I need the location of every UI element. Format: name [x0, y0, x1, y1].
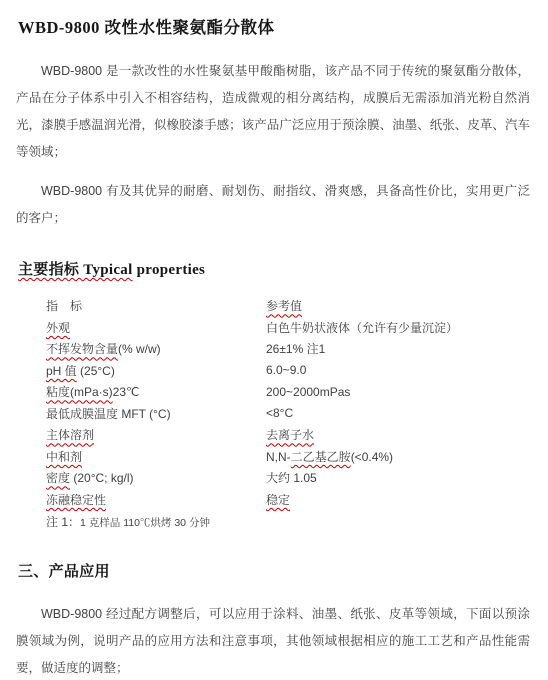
- squiggle-marked-text: 外观: [46, 321, 70, 335]
- squiggle-marked-text: 不挥发物含量: [46, 342, 118, 356]
- plain-text: 23℃: [113, 385, 140, 399]
- squiggle-marked-text: 二乙基乙胺: [291, 450, 351, 464]
- column-header-value: 参考值: [266, 295, 458, 317]
- squiggle-marked-text: 主体溶剂: [46, 428, 94, 442]
- table-row: 中和剂N,N-二乙基乙胺(<0.4%): [46, 446, 458, 468]
- table-row: 粘度(mPa·s)23℃200~2000mPas: [46, 381, 458, 403]
- table-row: 外观白色牛奶状液体（允许有少量沉淀）: [46, 317, 458, 339]
- plain-text: N,N-: [266, 450, 291, 464]
- application-paragraph: WBD-9800 经过配方调整后，可以应用于涂料、油墨、纸张、皮革等领域，下面以…: [16, 601, 530, 680]
- table-row: 主体溶剂去离子水: [46, 424, 458, 446]
- row-label: pH 值 (25°C): [46, 360, 266, 382]
- row-label: 主体溶剂: [46, 424, 266, 446]
- row-label: 最低成膜温度 MFT (°C): [46, 403, 266, 425]
- plain-text: (20°C; kg/l): [70, 471, 133, 485]
- properties-table: 指 标 参考值 外观白色牛奶状液体（允许有少量沉淀）不挥发物含量(% w/w)2…: [46, 295, 458, 510]
- table-row: 最低成膜温度 MFT (°C)<8°C: [46, 403, 458, 425]
- row-label: 冻融稳定性: [46, 489, 266, 511]
- typical-properties-heading: 主要指标 Typical properties: [18, 258, 530, 279]
- table-note: 注 1：1 克样品 110℃烘烤 30 分钟: [46, 513, 530, 530]
- plain-text: (25°C): [77, 364, 115, 378]
- plain-text: 大约 1.05: [266, 471, 317, 485]
- column-header-value-text: 参考值: [266, 299, 302, 313]
- table-row: pH 值 (25°C)6.0~9.0: [46, 360, 458, 382]
- plain-text: 200~2000mPas: [266, 385, 350, 399]
- properties-table-rows: 指 标 参考值 外观白色牛奶状液体（允许有少量沉淀）不挥发物含量(% w/w)2…: [46, 295, 458, 510]
- table-note-text: 1 克样品 110℃烘烤 30 分钟: [80, 517, 210, 529]
- plain-text: (<0.4%): [351, 450, 393, 464]
- table-note-prefix: 注 1：: [46, 515, 80, 529]
- plain-text: (% w/w): [118, 342, 161, 356]
- intro-paragraph-2: WBD-9800 有及其优异的耐磨、耐划伤、耐指纹、滑爽感，具备高性价比，实用更…: [16, 178, 530, 232]
- column-header-label: 指 标: [46, 295, 266, 317]
- row-label: 不挥发物含量(% w/w): [46, 338, 266, 360]
- row-value: 大约 1.05: [266, 467, 458, 489]
- typical-properties-heading-rest: properties: [133, 262, 206, 278]
- table-row: 密度 (20°C; kg/l)大约 1.05: [46, 467, 458, 489]
- row-value: 去离子水: [266, 424, 458, 446]
- row-value: 白色牛奶状液体（允许有少量沉淀）: [266, 317, 458, 339]
- application-heading: 三、产品应用: [18, 560, 530, 581]
- plain-text: 白色牛奶状液体（允许有少量沉淀）: [266, 321, 458, 335]
- row-value: 稳定: [266, 489, 458, 511]
- row-value: 6.0~9.0: [266, 360, 458, 382]
- squiggle-marked-text: pH 值: [46, 364, 77, 378]
- row-value: 200~2000mPas: [266, 381, 458, 403]
- row-value: N,N-二乙基乙胺(<0.4%): [266, 446, 458, 468]
- intro-paragraph-1: WBD-9800 是一款改性的水性聚氨基甲酸酯树脂，该产品不同于传统的聚氨酯分散…: [16, 58, 530, 166]
- row-label: 中和剂: [46, 446, 266, 468]
- document-page: WBD-9800 改性水性聚氨酯分散体 WBD-9800 是一款改性的水性聚氨基…: [0, 0, 548, 680]
- squiggle-marked-text: 粘度(mPa·s): [46, 385, 113, 399]
- squiggle-marked-text: 密度: [46, 471, 70, 485]
- squiggle-marked-text: 冻融稳定性: [46, 493, 106, 507]
- squiggle-marked-text: 中和剂: [46, 450, 82, 464]
- plain-text: 6.0~9.0: [266, 363, 306, 377]
- row-value: 26±1% 注1: [266, 338, 458, 360]
- typical-properties-heading-marked: 主要指标 Typical: [18, 262, 133, 278]
- squiggle-marked-text: 去离子水: [266, 428, 314, 442]
- plain-text: 最低成膜温度 MFT (°C): [46, 407, 171, 421]
- row-label: 外观: [46, 317, 266, 339]
- row-label: 粘度(mPa·s)23℃: [46, 381, 266, 403]
- page-title: WBD-9800 改性水性聚氨酯分散体: [18, 14, 530, 38]
- table-row: 不挥发物含量(% w/w)26±1% 注1: [46, 338, 458, 360]
- row-label: 密度 (20°C; kg/l): [46, 467, 266, 489]
- plain-text: 26±1% 注1: [266, 342, 325, 356]
- plain-text: <8°C: [266, 406, 293, 420]
- table-header-row: 指 标 参考值: [46, 295, 458, 317]
- row-value: <8°C: [266, 403, 458, 425]
- table-row: 冻融稳定性稳定: [46, 489, 458, 511]
- squiggle-marked-text: 稳定: [266, 493, 290, 507]
- column-header-label-text: 指 标: [46, 299, 82, 313]
